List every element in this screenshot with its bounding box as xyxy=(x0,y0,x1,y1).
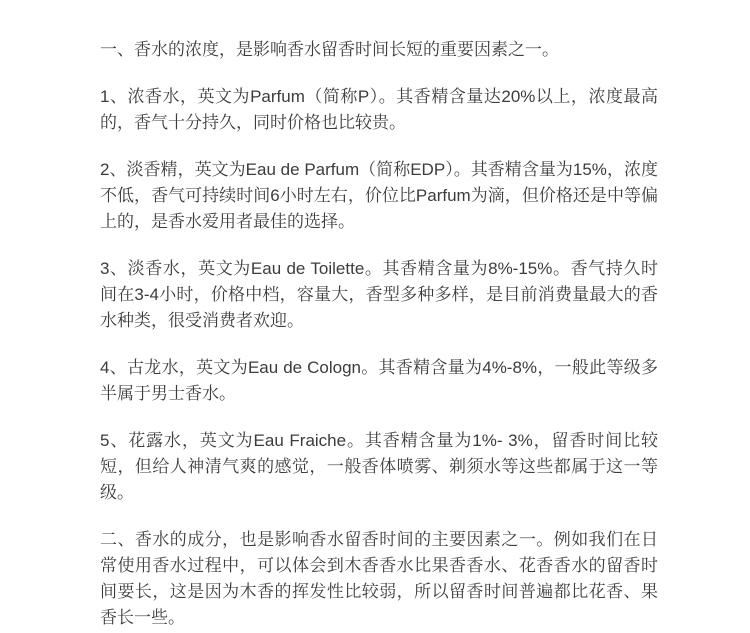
paragraph-item-3-eau-de-toilette: 3、淡香水，英文为Eau de Toilette。其香精含量为8%-15%。香气… xyxy=(100,256,658,334)
paragraph-section-2-ingredients: 二、香水的成分，也是影响香水留香时间的主要因素之一。例如我们在日常使用香水过程中… xyxy=(100,527,658,631)
paragraph-item-4-eau-de-cologne: 4、古龙水，英文为Eau de Cologn。其香精含量为4%-8%，一般此等级… xyxy=(100,355,658,407)
paragraph-item-2-eau-de-parfum: 2、淡香精，英文为Eau de Parfum（简称EDP）。其香精含量为15%，… xyxy=(100,157,658,235)
paragraph-section-1-heading: 一、香水的浓度，是影响香水留香时间长短的重要因素之一。 xyxy=(100,37,658,63)
paragraph-item-1-parfum: 1、浓香水，英文为Parfum（简称P）。其香精含量达20%以上，浓度最高的，香… xyxy=(100,84,658,136)
paragraph-item-5-eau-fraiche: 5、花露水，英文为Eau Fraiche。其香精含量为1%- 3%，留香时间比较… xyxy=(100,428,658,506)
article-body: 一、香水的浓度，是影响香水留香时间长短的重要因素之一。 1、浓香水，英文为Par… xyxy=(0,0,750,631)
